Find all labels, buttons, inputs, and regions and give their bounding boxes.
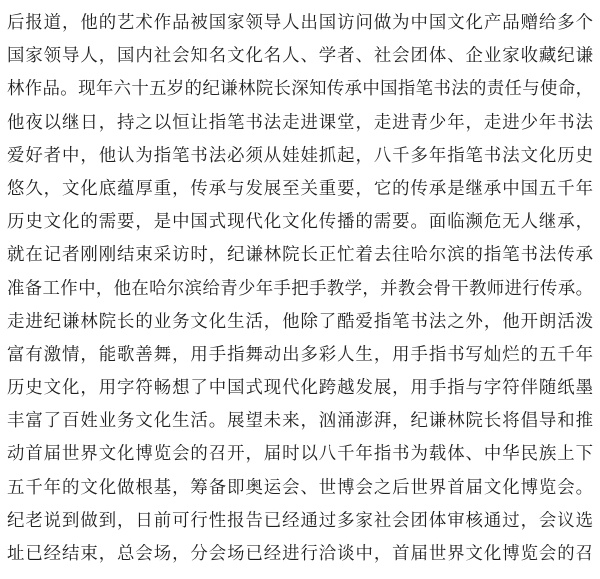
text-line: 历史文化的需要，是中国式现代化文化传播的需要。面临濒危无人继承， — [7, 205, 593, 238]
text-line: 后报道，他的艺术作品被国家领导人出国访问做为中国文化产品赠给多个 — [7, 6, 593, 39]
text-line: 他夜以继日，持之以恒让指笔书法走进课堂，走进青少年，走进少年书法 — [7, 106, 593, 139]
text-line: 历史文化，用字符畅想了中国式现代化跨越发展，用手指与字符伴随纸墨 — [7, 371, 593, 404]
text-paragraph: 后报道，他的艺术作品被国家领导人出国访问做为中国文化产品赠给多个 国家领导人，国… — [7, 6, 593, 570]
text-line: 林作品。现年六十五岁的纪谦林院长深知传承中国指笔书法的责任与使命， — [7, 72, 593, 105]
text-line: 就在记者刚刚结束采访时，纪谦林院长正忙着去往哈尔滨的指笔书法传承 — [7, 238, 593, 271]
text-line: 富有激情，能歌善舞，用手指舞动出多彩人生，用手指书写灿烂的五千年 — [7, 338, 593, 371]
text-line: 纪老说到做到，日前可行性报告已经通过多家社会团体审核通过，会议选 — [7, 504, 593, 537]
text-line: 悠久，文化底蕴厚重，传承与发展至关重要，它的传承是继承中国五千年 — [7, 172, 593, 205]
document-page: 后报道，他的艺术作品被国家领导人出国访问做为中国文化产品赠给多个 国家领导人，国… — [0, 0, 600, 579]
text-line: 动首届世界文化博览会的召开，届时以八千年指书为载体、中华民族上下 — [7, 437, 593, 470]
text-line: 国家领导人，国内社会知名文化名人、学者、社会团体、企业家收藏纪谦 — [7, 39, 593, 72]
text-line: 走进纪谦林院长的业务文化生活，他除了酷爱指笔书法之外，他开朗活泼 — [7, 305, 593, 338]
text-line: 五千年的文化做根基，筹备即奥运会、世博会之后世界首届文化博览会。 — [7, 471, 593, 504]
text-line: 址已经结束，总会场，分会场已经进行洽谈中，首届世界文化博览会的召 — [7, 537, 593, 570]
text-line: 准备工作中，他在哈尔滨给青少年手把手教学，并教会骨干教师进行传承。 — [7, 272, 593, 305]
text-line: 爱好者中，他认为指笔书法必须从娃娃抓起，八千多年指笔书法文化历史 — [7, 139, 593, 172]
text-line: 丰富了百姓业务文化生活。展望未来，汹涌澎湃，纪谦林院长将倡导和推 — [7, 404, 593, 437]
